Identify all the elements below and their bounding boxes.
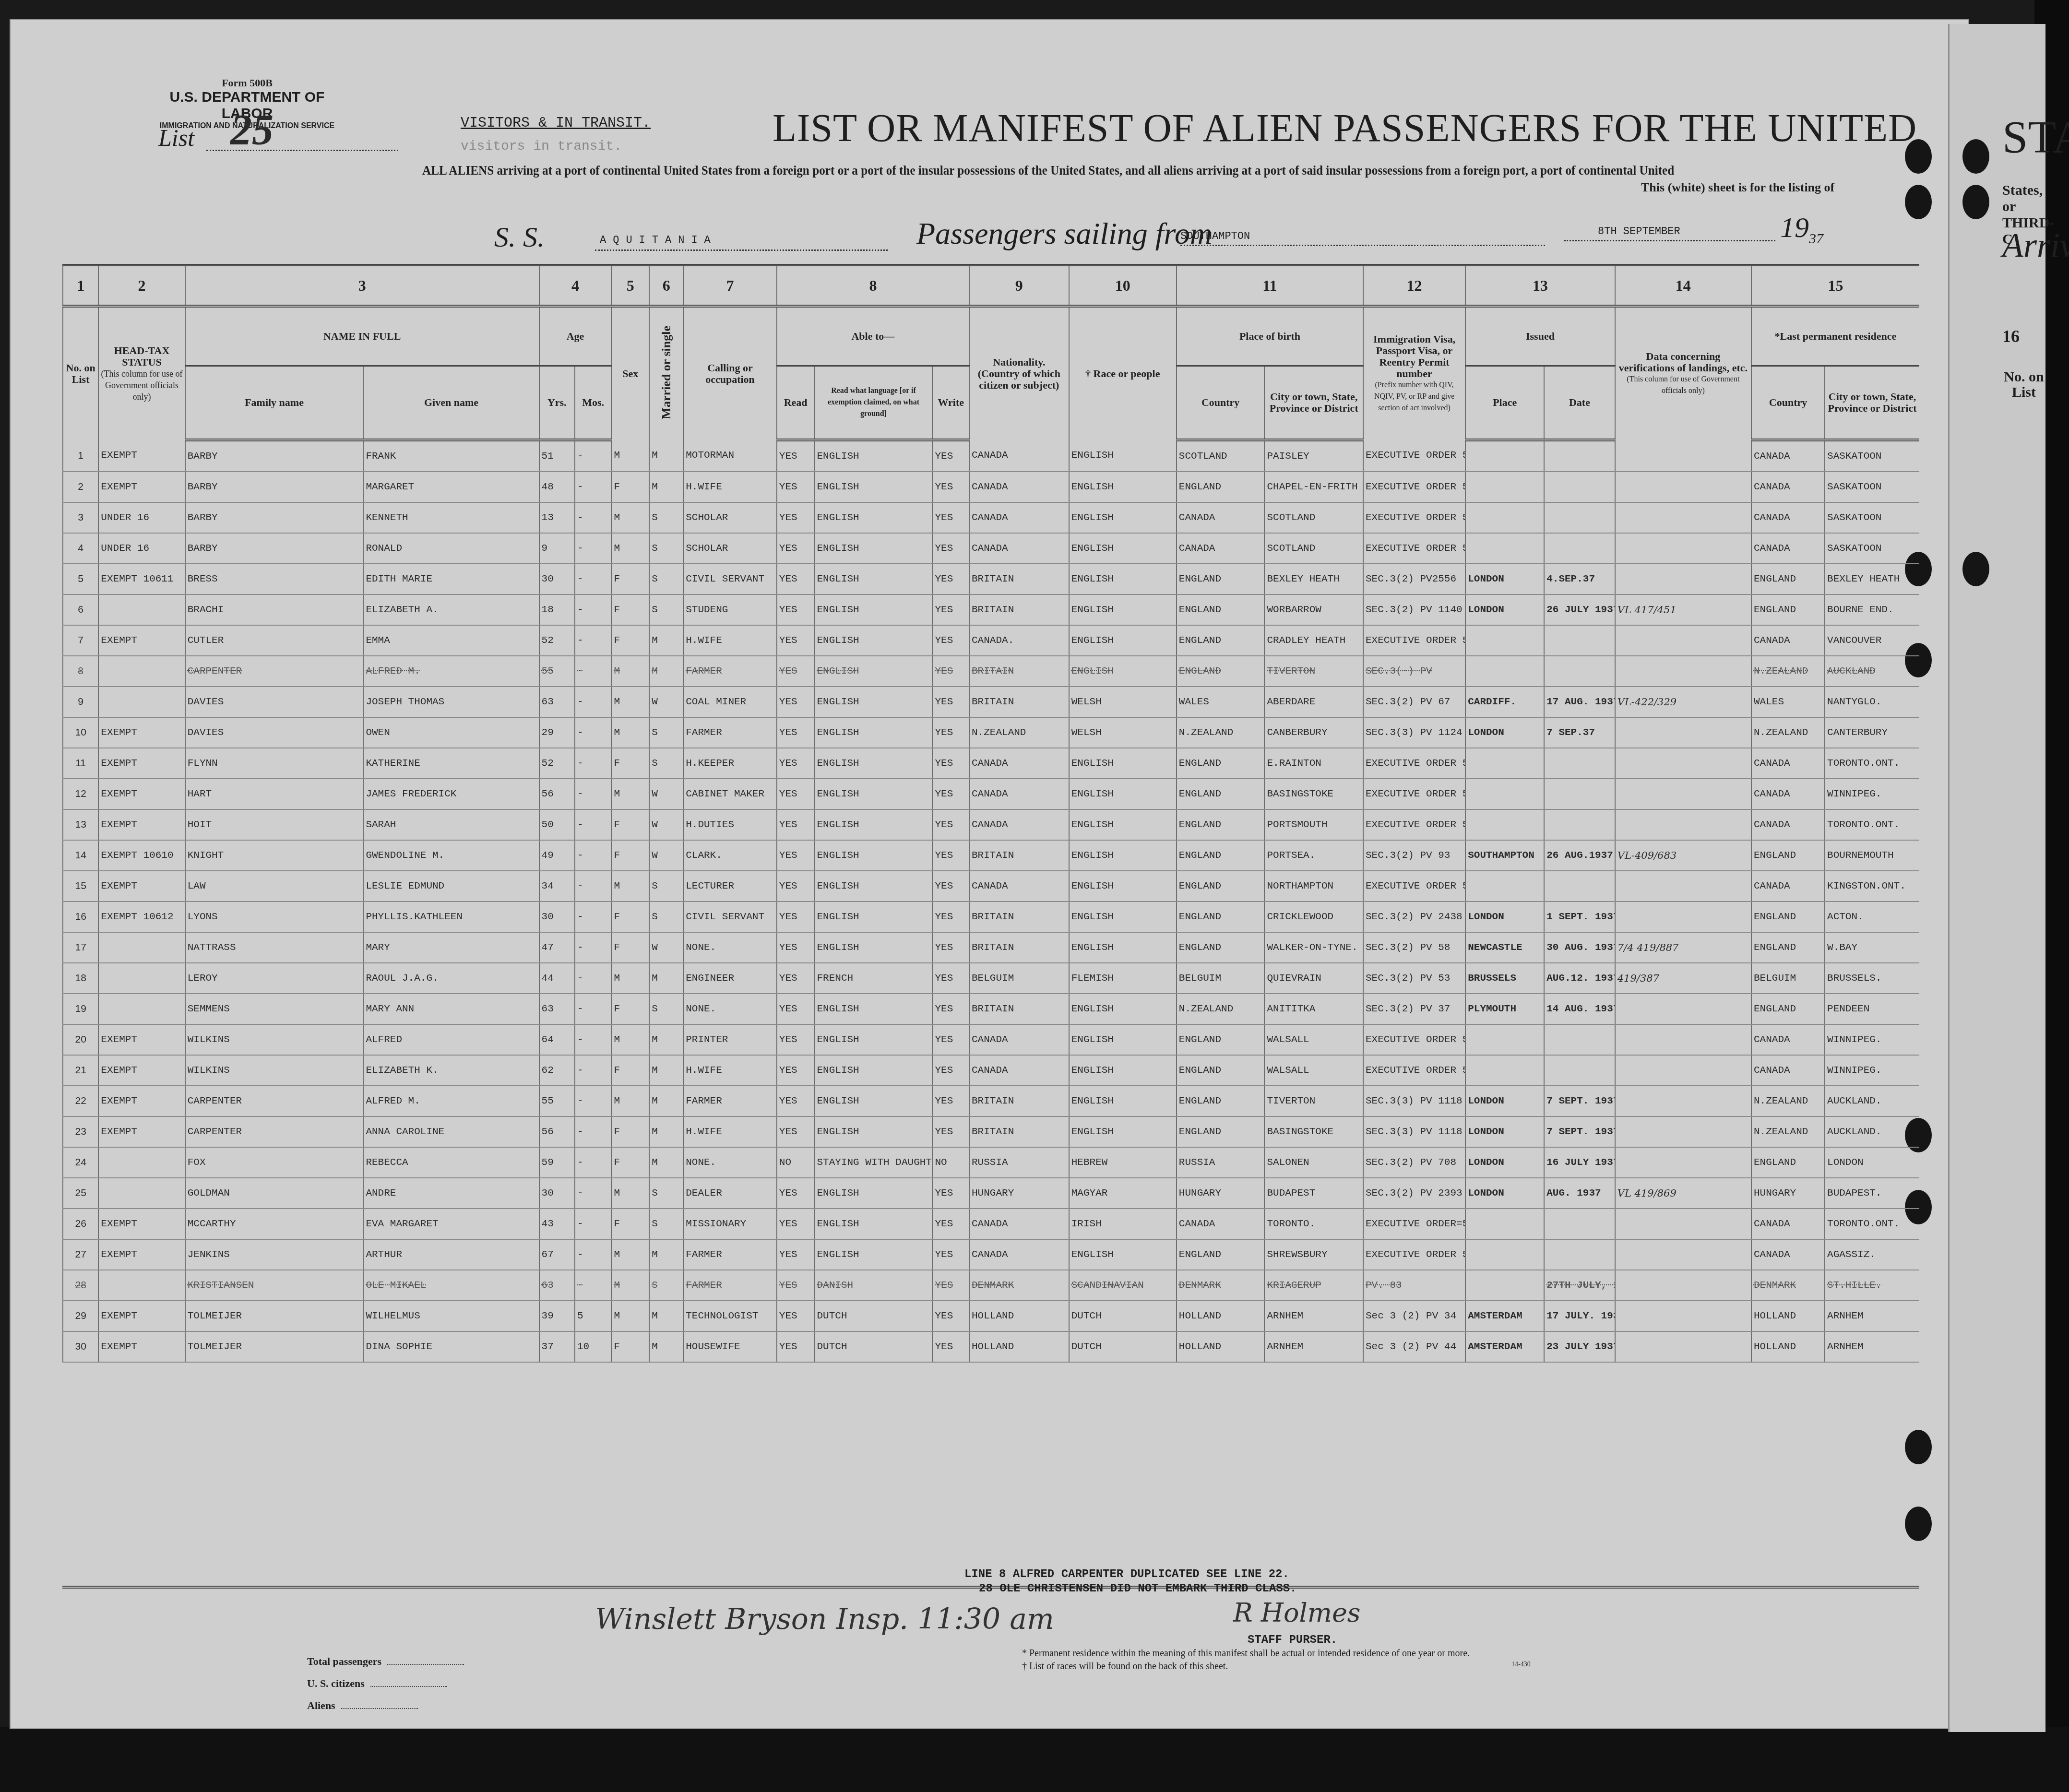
col-issued-date: Date <box>1544 366 1615 440</box>
sailing-port: SOUTHAMPTON <box>1180 230 1250 242</box>
row-number: 8 <box>63 656 98 687</box>
age-years-cell: 18 <box>539 594 575 625</box>
language-cell: DUTCH <box>815 1331 933 1362</box>
issued-date-cell: 4.SEP.37 <box>1544 564 1615 594</box>
birth-city-cell: ARNHEM <box>1264 1301 1363 1331</box>
row-number: 10 <box>63 717 98 748</box>
language-cell: ENGLISH <box>815 871 933 902</box>
occupation-cell: H.KEEPER <box>683 748 777 779</box>
marital-status-cell: S <box>649 502 683 533</box>
birth-city-cell: ABERDARE <box>1264 687 1363 717</box>
table-row: 4UNDER 16BARBYRONALD9-MSSCHOLARYESENGLIS… <box>63 533 1919 564</box>
table-row: 28KRISTIANSENOLE MIKAEL63-MSFARMERYESDAN… <box>63 1270 1919 1301</box>
col-visa: Immigration Visa, Passport Visa, or Reen… <box>1363 306 1465 440</box>
birth-country-cell: ENGLAND <box>1177 1086 1265 1116</box>
age-months-cell: - <box>575 932 612 963</box>
visa-cell: EXECUTIVE ORDER 5869 <box>1363 440 1465 472</box>
col-num: 13 <box>1465 265 1615 307</box>
res-country-cell: CANADA <box>1751 809 1825 840</box>
col-issued-place: Place <box>1465 366 1544 440</box>
binding-hole-icon <box>1962 552 1989 586</box>
res-country-cell: DENMARK <box>1751 1270 1825 1301</box>
age-months-cell: - <box>575 1055 612 1086</box>
age-years-cell: 55 <box>539 1086 575 1116</box>
table-row: 8CARPENTERALFRED M.55-MMFARMERYESENGLISH… <box>63 656 1919 687</box>
row-number: 15 <box>63 871 98 902</box>
row-number: 30 <box>63 1331 98 1362</box>
visa-cell: SEC.3(2) PV2556 <box>1363 564 1465 594</box>
age-years-cell: 30 <box>539 1178 575 1209</box>
visa-cell: EXECUTIVE ORDER 5869 <box>1363 502 1465 533</box>
marital-status-cell: M <box>649 1147 683 1178</box>
res-city-cell: BOURNEMOUTH <box>1825 840 1919 871</box>
birth-country-cell: BELGUIM <box>1177 963 1265 994</box>
list-label: List <box>158 124 194 152</box>
sex-cell: M <box>611 963 649 994</box>
age-months-cell: - <box>575 963 612 994</box>
given-name-cell: JAMES FREDERICK <box>363 779 539 809</box>
verification-cell: VL 419/869 <box>1615 1178 1751 1209</box>
sex-cell: F <box>611 594 649 625</box>
verification-cell <box>1615 625 1751 656</box>
issued-date-cell: AUG.12. 1937 <box>1544 963 1615 994</box>
res-country-cell: ENGLAND <box>1751 902 1825 932</box>
verification-cell: 7/4 419/887 <box>1615 932 1751 963</box>
issued-place-cell: LONDON <box>1465 717 1544 748</box>
birth-country-cell: ENGLAND <box>1177 902 1265 932</box>
white-sheet-note: This (white) sheet is for the listing of <box>1641 180 1834 195</box>
sex-cell: M <box>611 717 649 748</box>
col-num: 6 <box>649 265 683 307</box>
visa-cell: SEC.3(2) PV 67 <box>1363 687 1465 717</box>
issued-date-cell <box>1544 502 1615 533</box>
write-cell: YES <box>932 1086 969 1116</box>
sex-cell: F <box>611 932 649 963</box>
nationality-cell: BRITAIN <box>969 1116 1069 1147</box>
occupation-cell: CIVIL SERVANT <box>683 564 777 594</box>
nationality-cell: HOLLAND <box>969 1301 1069 1331</box>
marital-status-cell: S <box>649 594 683 625</box>
birth-country-cell: ENGLAND <box>1177 809 1265 840</box>
sex-cell: M <box>611 502 649 533</box>
given-name-cell: ELIZABETH K. <box>363 1055 539 1086</box>
visa-cell: SEC.3(2) PV 53 <box>1363 963 1465 994</box>
issued-place-cell <box>1465 533 1544 564</box>
birth-city-cell: BASINGSTOKE <box>1264 1116 1363 1147</box>
col-num: 15 <box>1751 265 1919 307</box>
sex-cell: M <box>611 656 649 687</box>
issued-date-cell <box>1544 748 1615 779</box>
birth-city-cell: ANITITKA <box>1264 994 1363 1024</box>
age-years-cell: 47 <box>539 932 575 963</box>
age-months-cell: - <box>575 564 612 594</box>
binding-hole-icon <box>1962 139 1989 174</box>
language-cell: ENGLISH <box>815 748 933 779</box>
marital-status-cell: S <box>649 871 683 902</box>
nationality-cell: CANADA <box>969 779 1069 809</box>
age-years-cell: 64 <box>539 1024 575 1055</box>
nationality-cell: BRITAIN <box>969 564 1069 594</box>
verification-cell: 419/387 <box>1615 963 1751 994</box>
res-country-cell: CANADA <box>1751 533 1825 564</box>
table-row: 6BRACHIELIZABETH A.18-FSSTUDENGYESENGLIS… <box>63 594 1919 625</box>
given-name-cell: RAOUL J.A.G. <box>363 963 539 994</box>
verification-cell <box>1615 871 1751 902</box>
sex-cell: F <box>611 809 649 840</box>
row-number: 26 <box>63 1209 98 1239</box>
sex-cell: M <box>611 687 649 717</box>
col-res-country: Country <box>1751 366 1825 440</box>
verification-cell <box>1615 748 1751 779</box>
language-cell: ENGLISH <box>815 809 933 840</box>
read-cell: YES <box>777 472 815 502</box>
family-name-cell: LAW <box>185 871 364 902</box>
race-cell: ENGLISH <box>1069 440 1177 472</box>
age-years-cell: 63 <box>539 994 575 1024</box>
legal-races-note: † List of races will be found on the bac… <box>1022 1661 1228 1672</box>
row-number: 28 <box>63 1270 98 1301</box>
age-months-cell: - <box>575 1147 612 1178</box>
issued-place-cell: LONDON <box>1465 1147 1544 1178</box>
race-cell: ENGLISH <box>1069 625 1177 656</box>
birth-country-cell: ENGLAND <box>1177 656 1265 687</box>
read-cell: YES <box>777 625 815 656</box>
category-typed: VISITORS & IN TRANSIT. <box>461 115 651 131</box>
language-cell: STAYING WITH DAUGHTER. <box>815 1147 933 1178</box>
table-row: 16EXEMPT 10612LYONSPHYLLIS.KATHLEEN30-FS… <box>63 902 1919 932</box>
read-cell: YES <box>777 594 815 625</box>
row-number: 14 <box>63 840 98 871</box>
birth-city-cell: SALONEN <box>1264 1147 1363 1178</box>
occupation-cell: FARMER <box>683 1239 777 1270</box>
age-years-cell: 37 <box>539 1331 575 1362</box>
issued-place-cell <box>1465 625 1544 656</box>
col-write: Write <box>932 366 969 440</box>
col-num: 3 <box>185 265 539 307</box>
issued-date-cell: 1 SEPT. 1937. <box>1544 902 1615 932</box>
row-number: 25 <box>63 1178 98 1209</box>
given-name-cell: JOSEPH THOMAS <box>363 687 539 717</box>
nationality-cell: CANADA <box>969 1055 1069 1086</box>
res-city-cell: WINNIPEG. <box>1825 779 1919 809</box>
marital-status-cell: S <box>649 717 683 748</box>
head-tax-cell: UNDER 16 <box>98 533 185 564</box>
read-cell: YES <box>777 902 815 932</box>
visa-cell: EXECUTIVE ORDER=5869 <box>1363 1209 1465 1239</box>
occupation-cell: COAL MINER <box>683 687 777 717</box>
nationality-cell: CANADA <box>969 502 1069 533</box>
verification-title: Data concerning verifications of landing… <box>1617 351 1749 374</box>
write-cell: YES <box>932 871 969 902</box>
nationality-cell: BRITAIN <box>969 656 1069 687</box>
occupation-cell: H.DUTIES <box>683 809 777 840</box>
table-row: 10EXEMPTDAVIESOWEN29-MSFARMERYESENGLISHY… <box>63 717 1919 748</box>
col-place-of-birth: Place of birth <box>1177 306 1363 366</box>
port-dotted-line <box>1180 245 1545 246</box>
head-tax-cell: EXEMPT <box>98 871 185 902</box>
res-city-cell: LONDON <box>1825 1147 1919 1178</box>
issued-place-cell: SOUTHAMPTON <box>1465 840 1544 871</box>
write-cell: YES <box>932 533 969 564</box>
head-tax-cell <box>98 932 185 963</box>
read-cell: YES <box>777 932 815 963</box>
head-tax-cell: EXEMPT 10612 <box>98 902 185 932</box>
birth-country-cell: N.ZEALAND <box>1177 994 1265 1024</box>
res-city-cell: VANCOUVER <box>1825 625 1919 656</box>
res-country-cell: ENGLAND <box>1751 564 1825 594</box>
family-name-cell: CARPENTER <box>185 1116 364 1147</box>
birth-country-cell: ENGLAND <box>1177 840 1265 871</box>
write-cell: YES <box>932 932 969 963</box>
occupation-cell: ENGINEER <box>683 963 777 994</box>
marital-status-cell: S <box>649 1270 683 1301</box>
row-number: 16 <box>63 902 98 932</box>
family-name-cell: NATTRASS <box>185 932 364 963</box>
col-read-language: Read what language [or if exemption clai… <box>815 366 933 440</box>
occupation-cell: DEALER <box>683 1178 777 1209</box>
table-row: 13EXEMPTHOITSARAH50-FWH.DUTIESYESENGLISH… <box>63 809 1919 840</box>
occupation-cell: NONE. <box>683 994 777 1024</box>
verification-cell <box>1615 564 1751 594</box>
res-city-cell: SASKATOON <box>1825 533 1919 564</box>
birth-city-cell: BASINGSTOKE <box>1264 779 1363 809</box>
inspector-signature: Winslett Bryson Insp. 11:30 am <box>595 1602 1054 1636</box>
col-no-on-list: No. on List <box>63 306 98 440</box>
language-cell: ENGLISH <box>815 1024 933 1055</box>
ship-dotted-line <box>595 249 888 251</box>
issued-place-cell <box>1465 1209 1544 1239</box>
res-country-cell: CANADA <box>1751 779 1825 809</box>
given-name-cell: SARAH <box>363 809 539 840</box>
language-cell: ENGLISH <box>815 717 933 748</box>
res-city-cell: WINNIPEG. <box>1825 1055 1919 1086</box>
birth-city-cell: BUDAPEST <box>1264 1178 1363 1209</box>
visa-cell: SEC.3(2) PV 58 <box>1363 932 1465 963</box>
birth-city-cell: SCOTLAND <box>1264 502 1363 533</box>
issued-place-cell: BRUSSELS <box>1465 963 1544 994</box>
col-verification: Data concerning verifications of landing… <box>1615 306 1751 440</box>
read-cell: YES <box>777 994 815 1024</box>
col-head-tax: HEAD-TAX STATUS(This column for use of G… <box>98 306 185 440</box>
res-city-cell: ST.HILLE. <box>1825 1270 1919 1301</box>
issued-date-cell: AUG. 1937 <box>1544 1178 1615 1209</box>
row-number: 1 <box>63 440 98 472</box>
col-age: Age <box>539 306 612 366</box>
total-passengers-label: Total passengers <box>307 1655 381 1667</box>
age-months-cell: - <box>575 1116 612 1147</box>
row-number: 24 <box>63 1147 98 1178</box>
issued-place-cell <box>1465 1270 1544 1301</box>
language-cell: ENGLISH <box>815 594 933 625</box>
race-cell: DUTCH <box>1069 1301 1177 1331</box>
read-cell: YES <box>777 963 815 994</box>
nationality-cell: CANADA <box>969 533 1069 564</box>
head-tax-cell: EXEMPT <box>98 472 185 502</box>
visa-cell: Sec 3 (2) PV 44 <box>1363 1331 1465 1362</box>
res-city-cell: AUCKLAND <box>1825 656 1919 687</box>
age-years-cell: 63 <box>539 687 575 717</box>
language-cell: ENGLISH <box>815 1239 933 1270</box>
birth-country-cell: CANADA <box>1177 502 1265 533</box>
occupation-cell: H.WIFE <box>683 472 777 502</box>
ship-name: AQUITANIA <box>600 234 717 246</box>
language-cell: ENGLISH <box>815 502 933 533</box>
issued-date-cell <box>1544 1055 1615 1086</box>
birth-city-cell: WORBARROW <box>1264 594 1363 625</box>
visa-cell: EXECUTIVE ORDER 5869 <box>1363 1055 1465 1086</box>
write-cell: YES <box>932 1331 969 1362</box>
row-number: 23 <box>63 1116 98 1147</box>
birth-country-cell: WALES <box>1177 687 1265 717</box>
age-months-cell: - <box>575 502 612 533</box>
res-country-cell: CANADA <box>1751 1055 1825 1086</box>
head-tax-cell: EXEMPT <box>98 748 185 779</box>
head-tax-cell <box>98 594 185 625</box>
birth-country-cell: ENGLAND <box>1177 748 1265 779</box>
row-number: 17 <box>63 932 98 963</box>
birth-city-cell: WALSALL <box>1264 1055 1363 1086</box>
head-tax-cell: EXEMPT <box>98 1116 185 1147</box>
nationality-cell: DENMARK <box>969 1270 1069 1301</box>
family-name-cell: KRISTIANSEN <box>185 1270 364 1301</box>
nationality-cell: CANADA <box>969 472 1069 502</box>
age-years-cell: 30 <box>539 564 575 594</box>
age-years-cell: 52 <box>539 625 575 656</box>
race-cell: WELSH <box>1069 687 1177 717</box>
marital-status-cell: W <box>649 932 683 963</box>
write-cell: YES <box>932 994 969 1024</box>
aliens-field: Aliens <box>307 1695 464 1717</box>
occupation-cell: H.WIFE <box>683 1055 777 1086</box>
birth-country-cell: ENGLAND <box>1177 594 1265 625</box>
sex-cell: F <box>611 1116 649 1147</box>
birth-country-cell: DENMARK <box>1177 1270 1265 1301</box>
visa-cell: SEC.3(-) PV <box>1363 656 1465 687</box>
marital-status-cell: S <box>649 1209 683 1239</box>
write-cell: YES <box>932 502 969 533</box>
head-tax-cell: EXEMPT <box>98 1301 185 1331</box>
res-city-cell: BUDAPEST. <box>1825 1178 1919 1209</box>
birth-city-cell: CRADLEY HEATH <box>1264 625 1363 656</box>
nationality-cell: CANADA <box>969 871 1069 902</box>
res-country-cell: ENGLAND <box>1751 840 1825 871</box>
sex-cell: M <box>611 440 649 472</box>
sex-cell: M <box>611 533 649 564</box>
read-cell: YES <box>777 1270 815 1301</box>
marital-status-cell: M <box>649 1086 683 1116</box>
family-name-cell: DAVIES <box>185 717 364 748</box>
family-name-cell: DAVIES <box>185 687 364 717</box>
sex-cell: F <box>611 472 649 502</box>
col-last-residence: *Last permanent residence <box>1751 306 1919 366</box>
read-cell: YES <box>777 1055 815 1086</box>
table-row: 11EXEMPTFLYNNKATHERINE52-FSH.KEEPERYESEN… <box>63 748 1919 779</box>
col-num: 7 <box>683 265 777 307</box>
issued-date-cell: 16 JULY 1937 <box>1544 1147 1615 1178</box>
purser-signature: R Holmes <box>1233 1598 1361 1628</box>
res-city-cell: ARNHEM <box>1825 1301 1919 1331</box>
verification-cell <box>1615 902 1751 932</box>
issued-place-cell: NEWCASTLE <box>1465 932 1544 963</box>
age-months-cell: - <box>575 656 612 687</box>
res-city-cell: AUCKLAND. <box>1825 1116 1919 1147</box>
read-cell: YES <box>777 533 815 564</box>
res-city-cell: NANTYGLO. <box>1825 687 1919 717</box>
age-years-cell: 50 <box>539 809 575 840</box>
race-cell: ENGLISH <box>1069 902 1177 932</box>
write-cell: YES <box>932 1178 969 1209</box>
issued-place-cell: LONDON <box>1465 594 1544 625</box>
res-city-cell: SASKATOON <box>1825 502 1919 533</box>
sex-cell: M <box>611 871 649 902</box>
race-cell: ENGLISH <box>1069 748 1177 779</box>
head-tax-cell <box>98 656 185 687</box>
res-country-cell: N.ZEALAND <box>1751 1116 1825 1147</box>
birth-city-cell: PAISLEY <box>1264 440 1363 472</box>
issued-place-cell: LONDON <box>1465 1116 1544 1147</box>
race-cell: ENGLISH <box>1069 840 1177 871</box>
visa-cell: SEC.3(2) PV 708 <box>1363 1147 1465 1178</box>
aliens-clause: ALL ALIENS arriving at a port of contine… <box>422 163 1674 178</box>
nationality-cell: BRITAIN <box>969 932 1069 963</box>
col-read: Read <box>777 366 815 440</box>
visa-cell: EXECUTIVE ORDER 5869 <box>1363 472 1465 502</box>
issued-date-cell: 7 SEP.37 <box>1544 717 1615 748</box>
table-row: 12EXEMPTHARTJAMES FREDERICK56-MWCABINET … <box>63 779 1919 809</box>
issued-date-cell <box>1544 809 1615 840</box>
marital-status-cell: M <box>649 1116 683 1147</box>
row-number: 18 <box>63 963 98 994</box>
visa-cell: EXECUTIVE ORDER 5869 <box>1363 871 1465 902</box>
row-number: 13 <box>63 809 98 840</box>
read-cell: YES <box>777 1239 815 1270</box>
occupation-cell: MISSIONARY <box>683 1209 777 1239</box>
res-country-cell: N.ZEALAND <box>1751 1086 1825 1116</box>
res-city-cell: BRUSSELS. <box>1825 963 1919 994</box>
head-tax-cell <box>98 1270 185 1301</box>
res-city-cell: AGASSIZ. <box>1825 1239 1919 1270</box>
issued-date-cell <box>1544 533 1615 564</box>
birth-country-cell: SCOTLAND <box>1177 440 1265 472</box>
res-country-cell: CANADA <box>1751 625 1825 656</box>
res-city-cell: PENDEEN <box>1825 994 1919 1024</box>
race-cell: ENGLISH <box>1069 932 1177 963</box>
table-row: 19SEMMENSMARY ANN63-FSNONE.YESENGLISHYES… <box>63 994 1919 1024</box>
list-number: 25 <box>230 106 273 155</box>
visa-cell: SEC.3(2) PV 2393 <box>1363 1178 1465 1209</box>
given-name-cell: REBECCA <box>363 1147 539 1178</box>
sex-cell: F <box>611 564 649 594</box>
family-name-cell: CUTLER <box>185 625 364 656</box>
issued-place-cell <box>1465 1055 1544 1086</box>
marital-status-cell: M <box>649 1055 683 1086</box>
res-country-cell: CANADA <box>1751 1209 1825 1239</box>
res-city-cell: TORONTO.ONT. <box>1825 809 1919 840</box>
read-cell: YES <box>777 1178 815 1209</box>
given-name-cell: MARY <box>363 932 539 963</box>
age-months-cell: - <box>575 1239 612 1270</box>
given-name-cell: ARTHUR <box>363 1239 539 1270</box>
sex-cell: F <box>611 1209 649 1239</box>
age-months-cell: - <box>575 472 612 502</box>
language-cell: ENGLISH <box>815 440 933 472</box>
race-cell: ENGLISH <box>1069 1116 1177 1147</box>
family-name-cell: KNIGHT <box>185 840 364 871</box>
nationality-cell: BRITAIN <box>969 687 1069 717</box>
nationality-cell: CANADA <box>969 748 1069 779</box>
col-able-to: Able to— <box>777 306 969 366</box>
res-city-cell: WINNIPEG. <box>1825 1024 1919 1055</box>
